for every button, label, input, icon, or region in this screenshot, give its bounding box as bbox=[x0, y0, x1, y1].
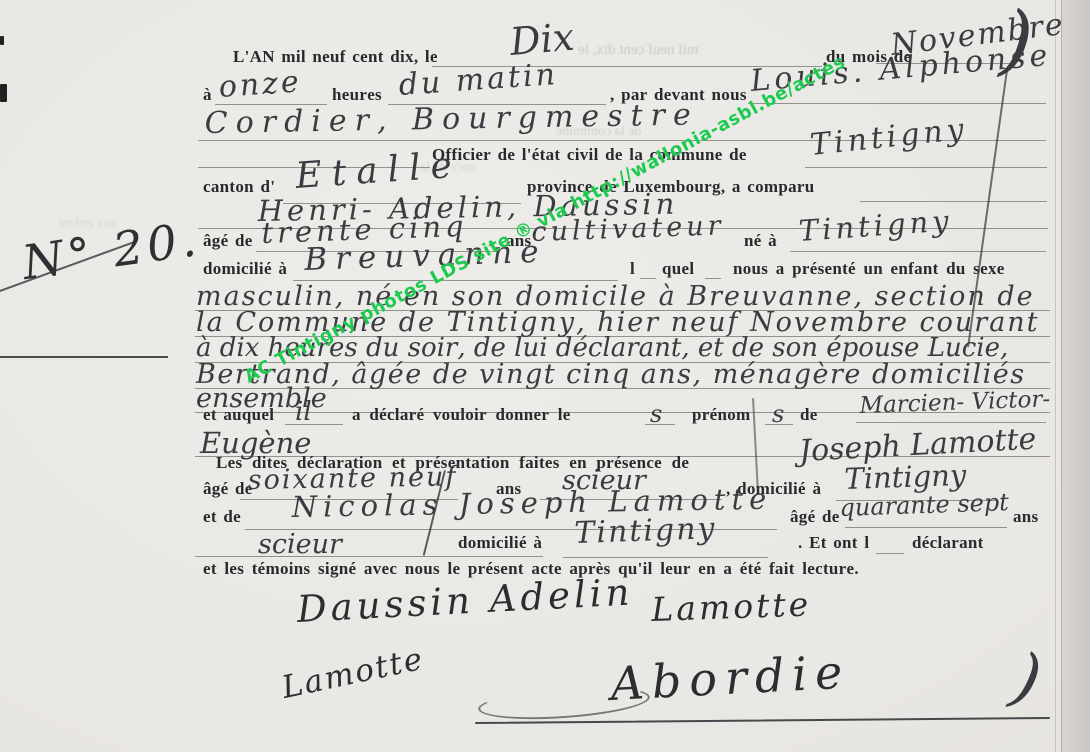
printed-text: âgé de bbox=[203, 232, 253, 250]
handwritten-text: s bbox=[772, 402, 784, 428]
ghost-text: mil neuf cent dix, le bbox=[578, 42, 698, 59]
handwritten-text: quarante sept bbox=[839, 490, 1009, 522]
rule-line bbox=[640, 278, 656, 279]
printed-text: domicilié à bbox=[458, 534, 542, 552]
handwritten-text: Dix bbox=[508, 17, 575, 63]
handwritten-text: Tintigny bbox=[809, 114, 970, 163]
printed-text: quel bbox=[662, 260, 694, 278]
handwritten-text: Marcien- Victor- bbox=[859, 387, 1050, 418]
rule-line bbox=[195, 556, 543, 557]
printed-text: nous a présenté un enfant du sexe bbox=[733, 260, 1005, 278]
printed-text: de bbox=[800, 406, 818, 424]
rule-line bbox=[805, 167, 1047, 168]
printed-text: âgé de bbox=[203, 480, 253, 498]
printed-text: . Et ont l bbox=[798, 534, 869, 552]
handwritten-text: Tintigny bbox=[574, 513, 717, 550]
printed-text: L'AN mil neuf cent dix, le bbox=[233, 48, 438, 66]
handwritten-text: Etalle bbox=[294, 146, 463, 196]
ink-speck bbox=[0, 84, 7, 102]
printed-text: ans bbox=[1013, 508, 1038, 526]
signature: Lamotte bbox=[651, 586, 812, 627]
ink-flourish: ) bbox=[1006, 644, 1047, 714]
printed-text: âgé de bbox=[790, 508, 840, 526]
rule-line bbox=[790, 251, 1046, 252]
ink-flourish-loop bbox=[477, 682, 651, 724]
printed-text: a déclaré vouloir donner le bbox=[352, 406, 571, 424]
ghost-text: aux enfant bbox=[58, 216, 117, 232]
signature: Lamotte bbox=[279, 643, 427, 706]
handwritten-text: s bbox=[650, 402, 662, 428]
handwritten-text: Tintigny bbox=[798, 205, 954, 247]
rule-line bbox=[876, 553, 904, 554]
page-edge bbox=[1061, 0, 1090, 752]
document-scan: N° 20. mil neuf cent dix, lede la commun… bbox=[0, 0, 1090, 752]
ink-speck bbox=[0, 36, 4, 45]
rule-line bbox=[860, 201, 1047, 202]
printed-text: heures bbox=[332, 86, 382, 104]
printed-text: et de bbox=[203, 508, 241, 526]
printed-text: déclarant bbox=[912, 534, 984, 552]
handwritten-text: Eugène bbox=[200, 428, 311, 459]
printed-text: domicilié à bbox=[203, 260, 287, 278]
handwritten-text: il bbox=[295, 398, 312, 426]
rule-line bbox=[0, 356, 168, 358]
rule-line bbox=[285, 424, 343, 425]
rule-line bbox=[563, 557, 768, 558]
handwritten-text: du matin bbox=[398, 59, 559, 102]
printed-text: prénom bbox=[692, 406, 750, 424]
rule-line bbox=[705, 278, 721, 279]
handwritten-text: onze bbox=[218, 66, 303, 104]
signature: Daussin Adelin bbox=[296, 572, 634, 630]
printed-text: l bbox=[630, 260, 635, 278]
rule-line bbox=[845, 527, 1007, 528]
printed-text: né à bbox=[744, 232, 777, 250]
printed-text: à bbox=[203, 86, 212, 104]
handwritten-text: scieur bbox=[258, 530, 342, 559]
